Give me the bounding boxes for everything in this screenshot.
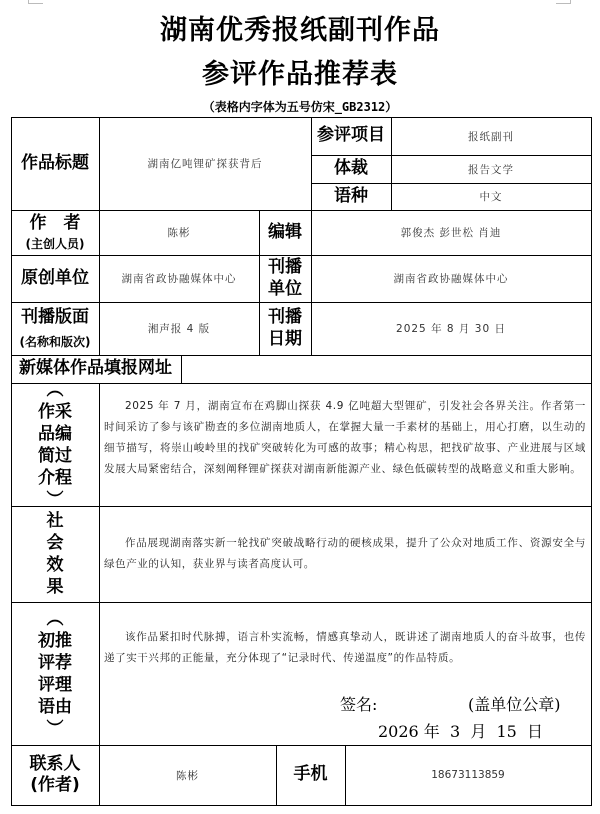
new-media-url-label: 新媒体作品填报网址	[11, 355, 181, 383]
author-label-sub: (主创人员)	[26, 235, 85, 252]
language-value: 中文	[391, 183, 591, 210]
process-label-bracket-open: ︵	[47, 379, 64, 401]
publish-date-label: 刊播 日期	[259, 302, 311, 355]
genre-label: 体裁	[311, 155, 391, 183]
original-unit-value: 湖南省政协融媒体中心	[99, 255, 259, 302]
contact-value: 陈彬	[99, 745, 276, 805]
publish-page-label-sub: (名称和版次)	[20, 333, 91, 350]
signature-label: 签名:	[340, 692, 377, 715]
recommendation-label-bracket-close: ︶	[47, 718, 64, 740]
publish-page-label: 刊播版面 (名称和版次)	[11, 302, 99, 355]
phone-value: 18673113859	[345, 745, 591, 805]
editor-label: 编辑	[259, 210, 311, 255]
font-note: （表格内字体为五号仿宋_GB2312）	[0, 98, 600, 115]
signature-date: 2026 年 3 月 15 日	[378, 719, 543, 742]
recommendation-label-line: 评理	[38, 674, 72, 696]
contact-label-line1: 联系人	[30, 754, 81, 775]
language-label: 语种	[311, 183, 391, 210]
social-effect-label-char: 效	[47, 554, 64, 576]
publish-date-label-line1: 刊播	[268, 307, 302, 328]
work-title-value: 湖南亿吨锂矿探获背后	[99, 117, 311, 210]
work-title-label: 作品标题	[11, 117, 99, 210]
recommendation-label-line: 语由	[38, 696, 72, 718]
seal-label: (盖单位公章)	[468, 692, 561, 715]
author-label-main: 作 者	[30, 213, 81, 234]
process-label: ︵ 作采 品编 简过 介程 ︶	[11, 383, 99, 506]
publish-date-value: 2025 年 8 月 30 日	[311, 302, 591, 355]
page-subtitle: 参评作品推荐表	[0, 52, 600, 91]
publish-date-label-line2: 日期	[268, 329, 302, 350]
contact-label: 联系人 (作者)	[11, 745, 99, 805]
recommendation-label: ︵ 初推 评荐 评理 语由 ︶	[11, 602, 99, 745]
recommendation-label-bracket-open: ︵	[47, 608, 64, 630]
recommendation-text: 该作品紧扣时代脉搏，语言朴实流畅，情感真挚动人，既讲述了湖南地质人的奋斗故事，也…	[104, 627, 586, 669]
original-unit-label: 原创单位	[11, 255, 99, 302]
category-label: 参评项目	[311, 117, 391, 155]
social-effect-label-char: 果	[47, 576, 64, 598]
phone-label: 手机	[276, 745, 345, 805]
publish-unit-label-line2: 单位	[268, 279, 302, 300]
category-value: 报纸副刊	[391, 117, 591, 155]
social-effect-label-char: 会	[47, 532, 64, 554]
contact-label-line2: (作者)	[30, 775, 80, 796]
process-text: 2025 年 7 月，湖南宣布在鸡脚山探获 4.9 亿吨超大型锂矿，引发社会各界…	[104, 396, 586, 480]
page-corner-mark-left	[28, 0, 43, 4]
publish-unit-value: 湖南省政协融媒体中心	[311, 255, 591, 302]
social-effect-text: 作品展现湖南落实新一轮找矿突破战略行动的硬核成果，提升了公众对地质工作、资源安全…	[104, 533, 586, 575]
page-title: 湖南优秀报纸副刊作品	[0, 8, 600, 47]
recommendation-label-line: 评荐	[38, 652, 72, 674]
genre-value: 报告文学	[391, 155, 591, 183]
page-corner-mark-right	[556, 0, 571, 4]
process-label-line: 介程	[38, 467, 72, 489]
publish-page-value: 湘声报 4 版	[99, 302, 259, 355]
publish-unit-label-line1: 刊播	[268, 257, 302, 278]
author-value: 陈彬	[99, 210, 259, 255]
process-label-line: 品编	[38, 423, 72, 445]
new-media-url-value[interactable]	[181, 355, 591, 383]
recommendation-label-line: 初推	[38, 630, 72, 652]
author-label: 作 者 (主创人员)	[11, 210, 99, 255]
process-label-line: 简过	[38, 445, 72, 467]
social-effect-label: 社 会 效 果	[11, 506, 99, 602]
social-effect-label-char: 社	[47, 510, 64, 532]
publish-unit-label: 刊播 单位	[259, 255, 311, 302]
process-label-line: 作采	[38, 401, 72, 423]
editor-value: 郭俊杰 彭世松 肖迪	[311, 210, 591, 255]
publish-page-label-main: 刊播版面	[21, 307, 89, 328]
